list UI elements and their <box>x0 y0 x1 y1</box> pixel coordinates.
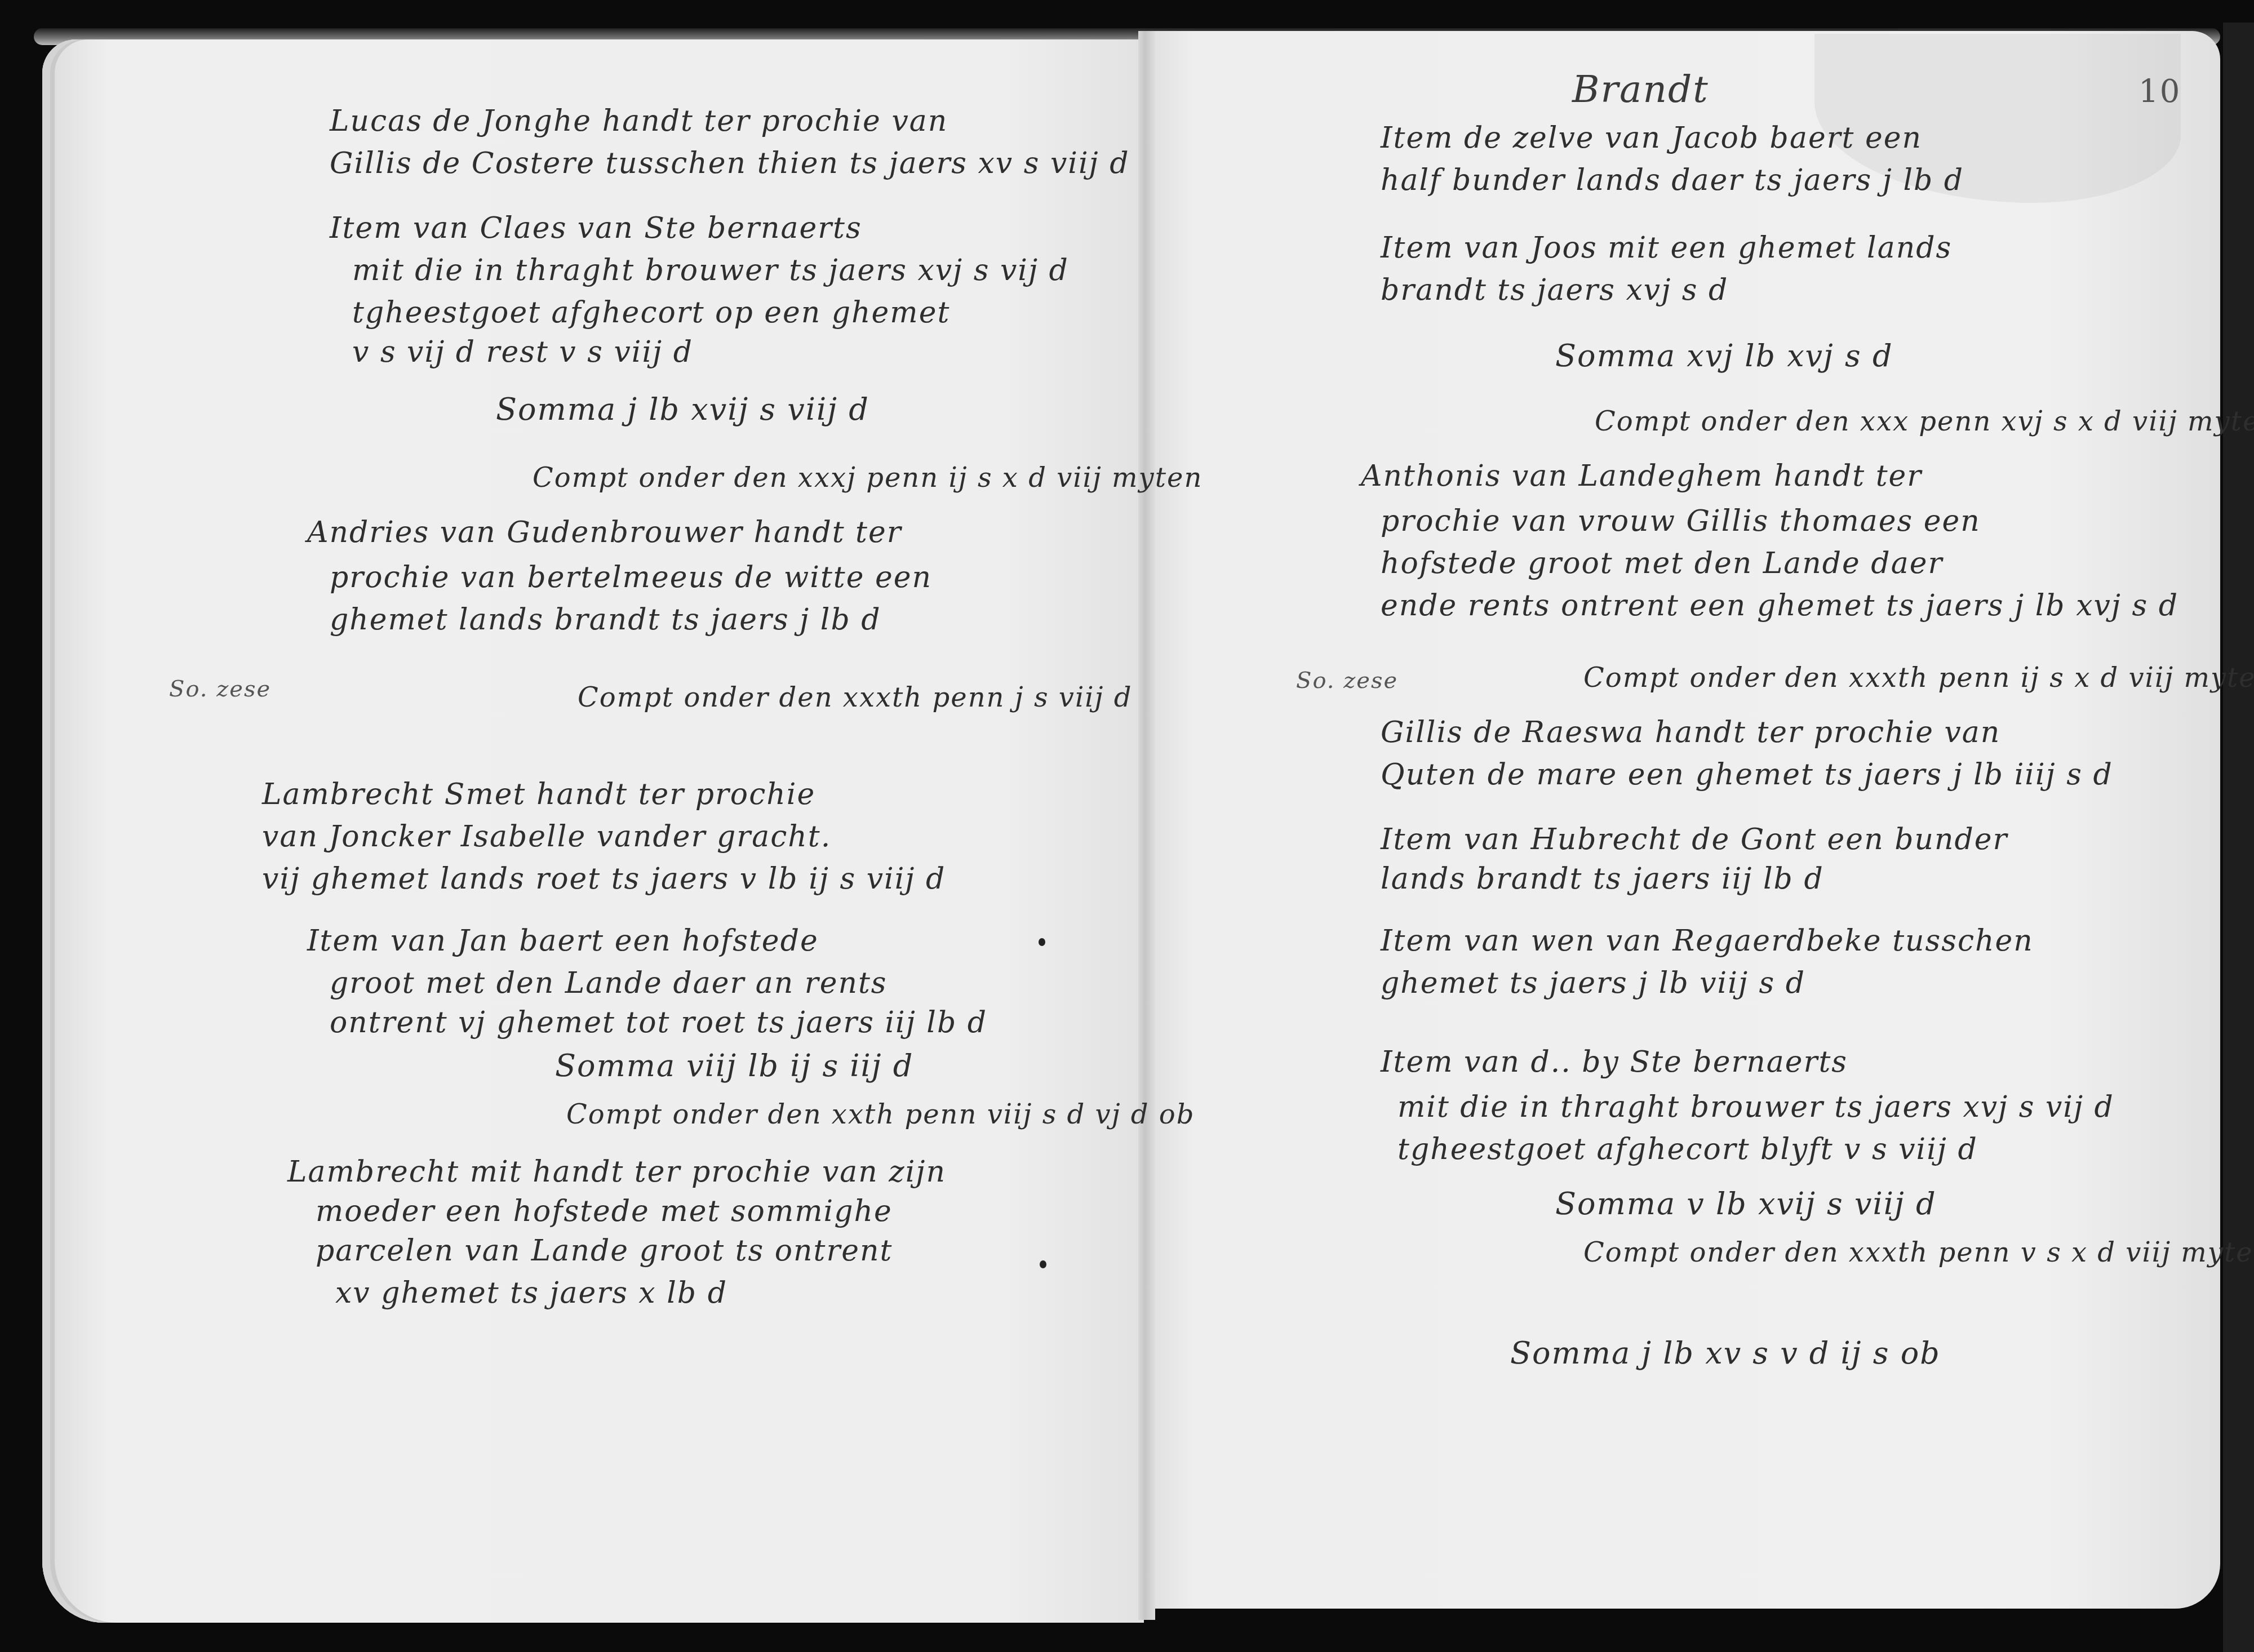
ledger-entry-line: Item van Jan baert een hofstede <box>307 924 819 958</box>
summa-total-line: Somma j lb xv s v d ij s ob <box>1510 1335 1941 1371</box>
ledger-entry-line: v s vij d rest v s viij d <box>352 335 693 369</box>
summa-total-line: Somma j lb xvij s viij d <box>496 392 869 427</box>
compt-tax-line: Compt onder den xxx penn xvj s x d viij … <box>1595 406 2254 437</box>
ledger-entry-line: Andries van Gudenbrouwer handt ter <box>307 516 902 549</box>
summa-total-line: Somma viij lb ij s iij d <box>555 1048 913 1083</box>
summa-total-line: Somma v lb xvij s viij d <box>1555 1186 1937 1222</box>
right-page <box>1144 31 2220 1609</box>
ledger-entry-line: Quten de mare een ghemet ts jaers j lb i… <box>1381 758 2113 792</box>
page-heading: Brandt <box>1572 68 1709 111</box>
ledger-entry-line: Item van Hubrecht de Gont een bunder <box>1381 823 2008 856</box>
ink-dot <box>1040 1260 1046 1268</box>
book-binding-edge <box>2223 23 2254 1652</box>
ledger-entry-line: prochie van bertelmeeus de witte een <box>330 561 932 594</box>
ledger-entry-line: mit die in thraght brouwer ts jaers xvj … <box>352 254 1069 287</box>
ledger-entry-line: ende rents ontrent een ghemet ts jaers j… <box>1381 589 2178 623</box>
ledger-entry-line: Item van d.. by Ste bernaerts <box>1381 1045 1848 1079</box>
ledger-entry-line: mit die in thraght brouwer ts jaers xvj … <box>1397 1090 2114 1124</box>
ledger-entry-line: ghemet lands brandt ts jaers j lb d <box>330 603 881 637</box>
ledger-entry-line: vij ghemet lands roet ts jaers v lb ij s… <box>262 862 946 896</box>
ledger-entry-line: Item de zelve van Jacob baert een <box>1381 121 1922 155</box>
ledger-entry-line: van Joncker Isabelle vander gracht. <box>262 820 831 854</box>
ledger-entry-line: Gillis de Costere tusschen thien ts jaer… <box>330 146 1130 180</box>
ledger-entry-line: moeder een hofstede met sommighe <box>316 1194 893 1228</box>
ledger-entry-line: tgheestgoet afghecort op een ghemet <box>352 296 950 330</box>
ledger-entry-line: ghemet ts jaers j lb viij s d <box>1381 966 1805 1000</box>
ledger-entry-line: Item van Joos mit een ghemet lands <box>1381 231 1952 265</box>
ledger-entry-line: prochie van vrouw Gillis thomaes een <box>1381 504 1981 538</box>
ledger-entry-line: lands brandt ts jaers iij lb d <box>1381 862 1824 896</box>
compt-tax-line: Compt onder den xxth penn viij s d vj d … <box>566 1099 1195 1130</box>
compt-tax-line: Compt onder den xxxth penn j s viij d <box>578 682 1132 713</box>
compt-tax-line: Compt onder den xxxth penn v s x d viij … <box>1583 1237 2254 1268</box>
compt-tax-line: Compt onder den xxxj penn ij s x d viij … <box>533 462 1203 494</box>
ledger-entry-line: Lambrecht mit handt ter prochie van zijn <box>287 1155 946 1189</box>
ink-dot <box>1039 938 1045 946</box>
ledger-entry-line: Item van wen van Regaerdbeke tusschen <box>1381 924 2034 958</box>
ledger-entry-line: half bunder lands daer ts jaers j lb d <box>1381 163 1964 197</box>
ledger-entry-line: Anthonis van Landeghem handt ter <box>1361 459 1922 493</box>
ledger-entry-line: brandt ts jaers xvj s d <box>1381 273 1728 307</box>
summa-total-line: Somma xvj lb xvj s d <box>1555 338 1893 374</box>
ledger-entry-line: parcelen van Lande groot ts ontrent <box>316 1234 893 1268</box>
ledger-entry-line: ontrent vj ghemet tot roet ts jaers iij … <box>330 1006 987 1040</box>
ledger-entry-line: xv ghemet ts jaers x lb d <box>335 1276 727 1310</box>
margin-note: So. zese <box>1296 668 1398 694</box>
ledger-entry-line: Lucas de Jonghe handt ter prochie van <box>330 104 948 138</box>
book-gutter <box>1138 31 1155 1620</box>
ledger-entry-line: Gillis de Raeswa handt ter prochie van <box>1381 716 2000 749</box>
folio-number: 10 <box>2138 73 2181 110</box>
ledger-entry-line: groot met den Lande daer an rents <box>330 966 888 1000</box>
ledger-entry-line: Lambrecht Smet handt ter prochie <box>262 778 815 811</box>
ledger-entry-line: tgheestgoet afghecort blyft v s viij d <box>1397 1133 1978 1166</box>
ledger-entry-line: hofstede groot met den Lande daer <box>1381 547 1943 580</box>
margin-note: So. zese <box>169 676 271 702</box>
ledger-entry-line: Item van Claes van Ste bernaerts <box>330 211 862 245</box>
compt-tax-line: Compt onder den xxxth penn ij s x d viij… <box>1583 662 2254 694</box>
